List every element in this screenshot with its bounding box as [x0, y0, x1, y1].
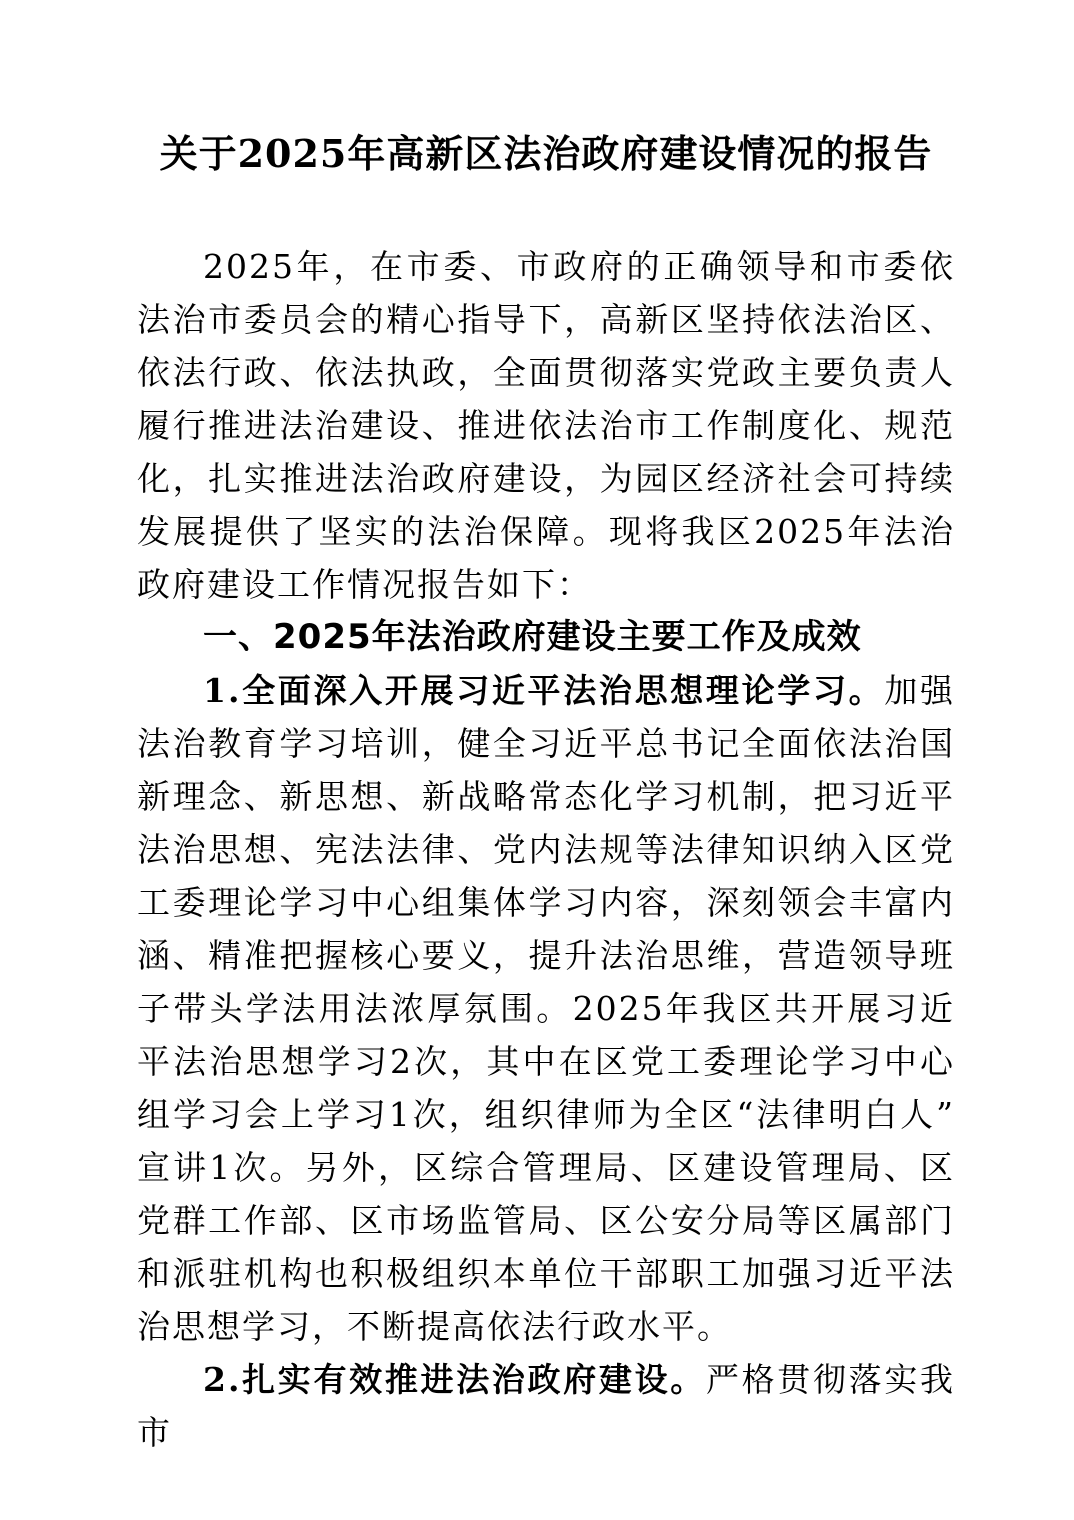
- item-1-lead: 1.全面深入开展习近平法治思想理论学习。: [203, 671, 884, 710]
- section-heading-1: 一、2025年法治政府建设主要工作及成效: [137, 611, 955, 664]
- item-2-paragraph: 2.扎实有效推进法治政府建设。严格贯彻落实我市: [137, 1353, 955, 1459]
- document-page: 关于2025年高新区法治政府建设情况的报告 2025年，在市委、市政府的正确领导…: [0, 0, 1074, 1520]
- item-2-lead: 2.扎实有效推进法治政府建设。: [203, 1360, 706, 1399]
- document-title: 关于2025年高新区法治政府建设情况的报告: [137, 126, 955, 182]
- intro-paragraph: 2025年，在市委、市政府的正确领导和市委依法治市委员会的精心指导下，高新区坚持…: [137, 240, 955, 611]
- item-1-paragraph: 1.全面深入开展习近平法治思想理论学习。加强法治教育学习培训，健全习近平总书记全…: [137, 664, 955, 1353]
- document-content: 关于2025年高新区法治政府建设情况的报告 2025年，在市委、市政府的正确领导…: [137, 126, 955, 1459]
- item-1-text: 加强法治教育学习培训，健全习近平总书记全面依法治国新理念、新思想、新战略常态化学…: [137, 671, 955, 1346]
